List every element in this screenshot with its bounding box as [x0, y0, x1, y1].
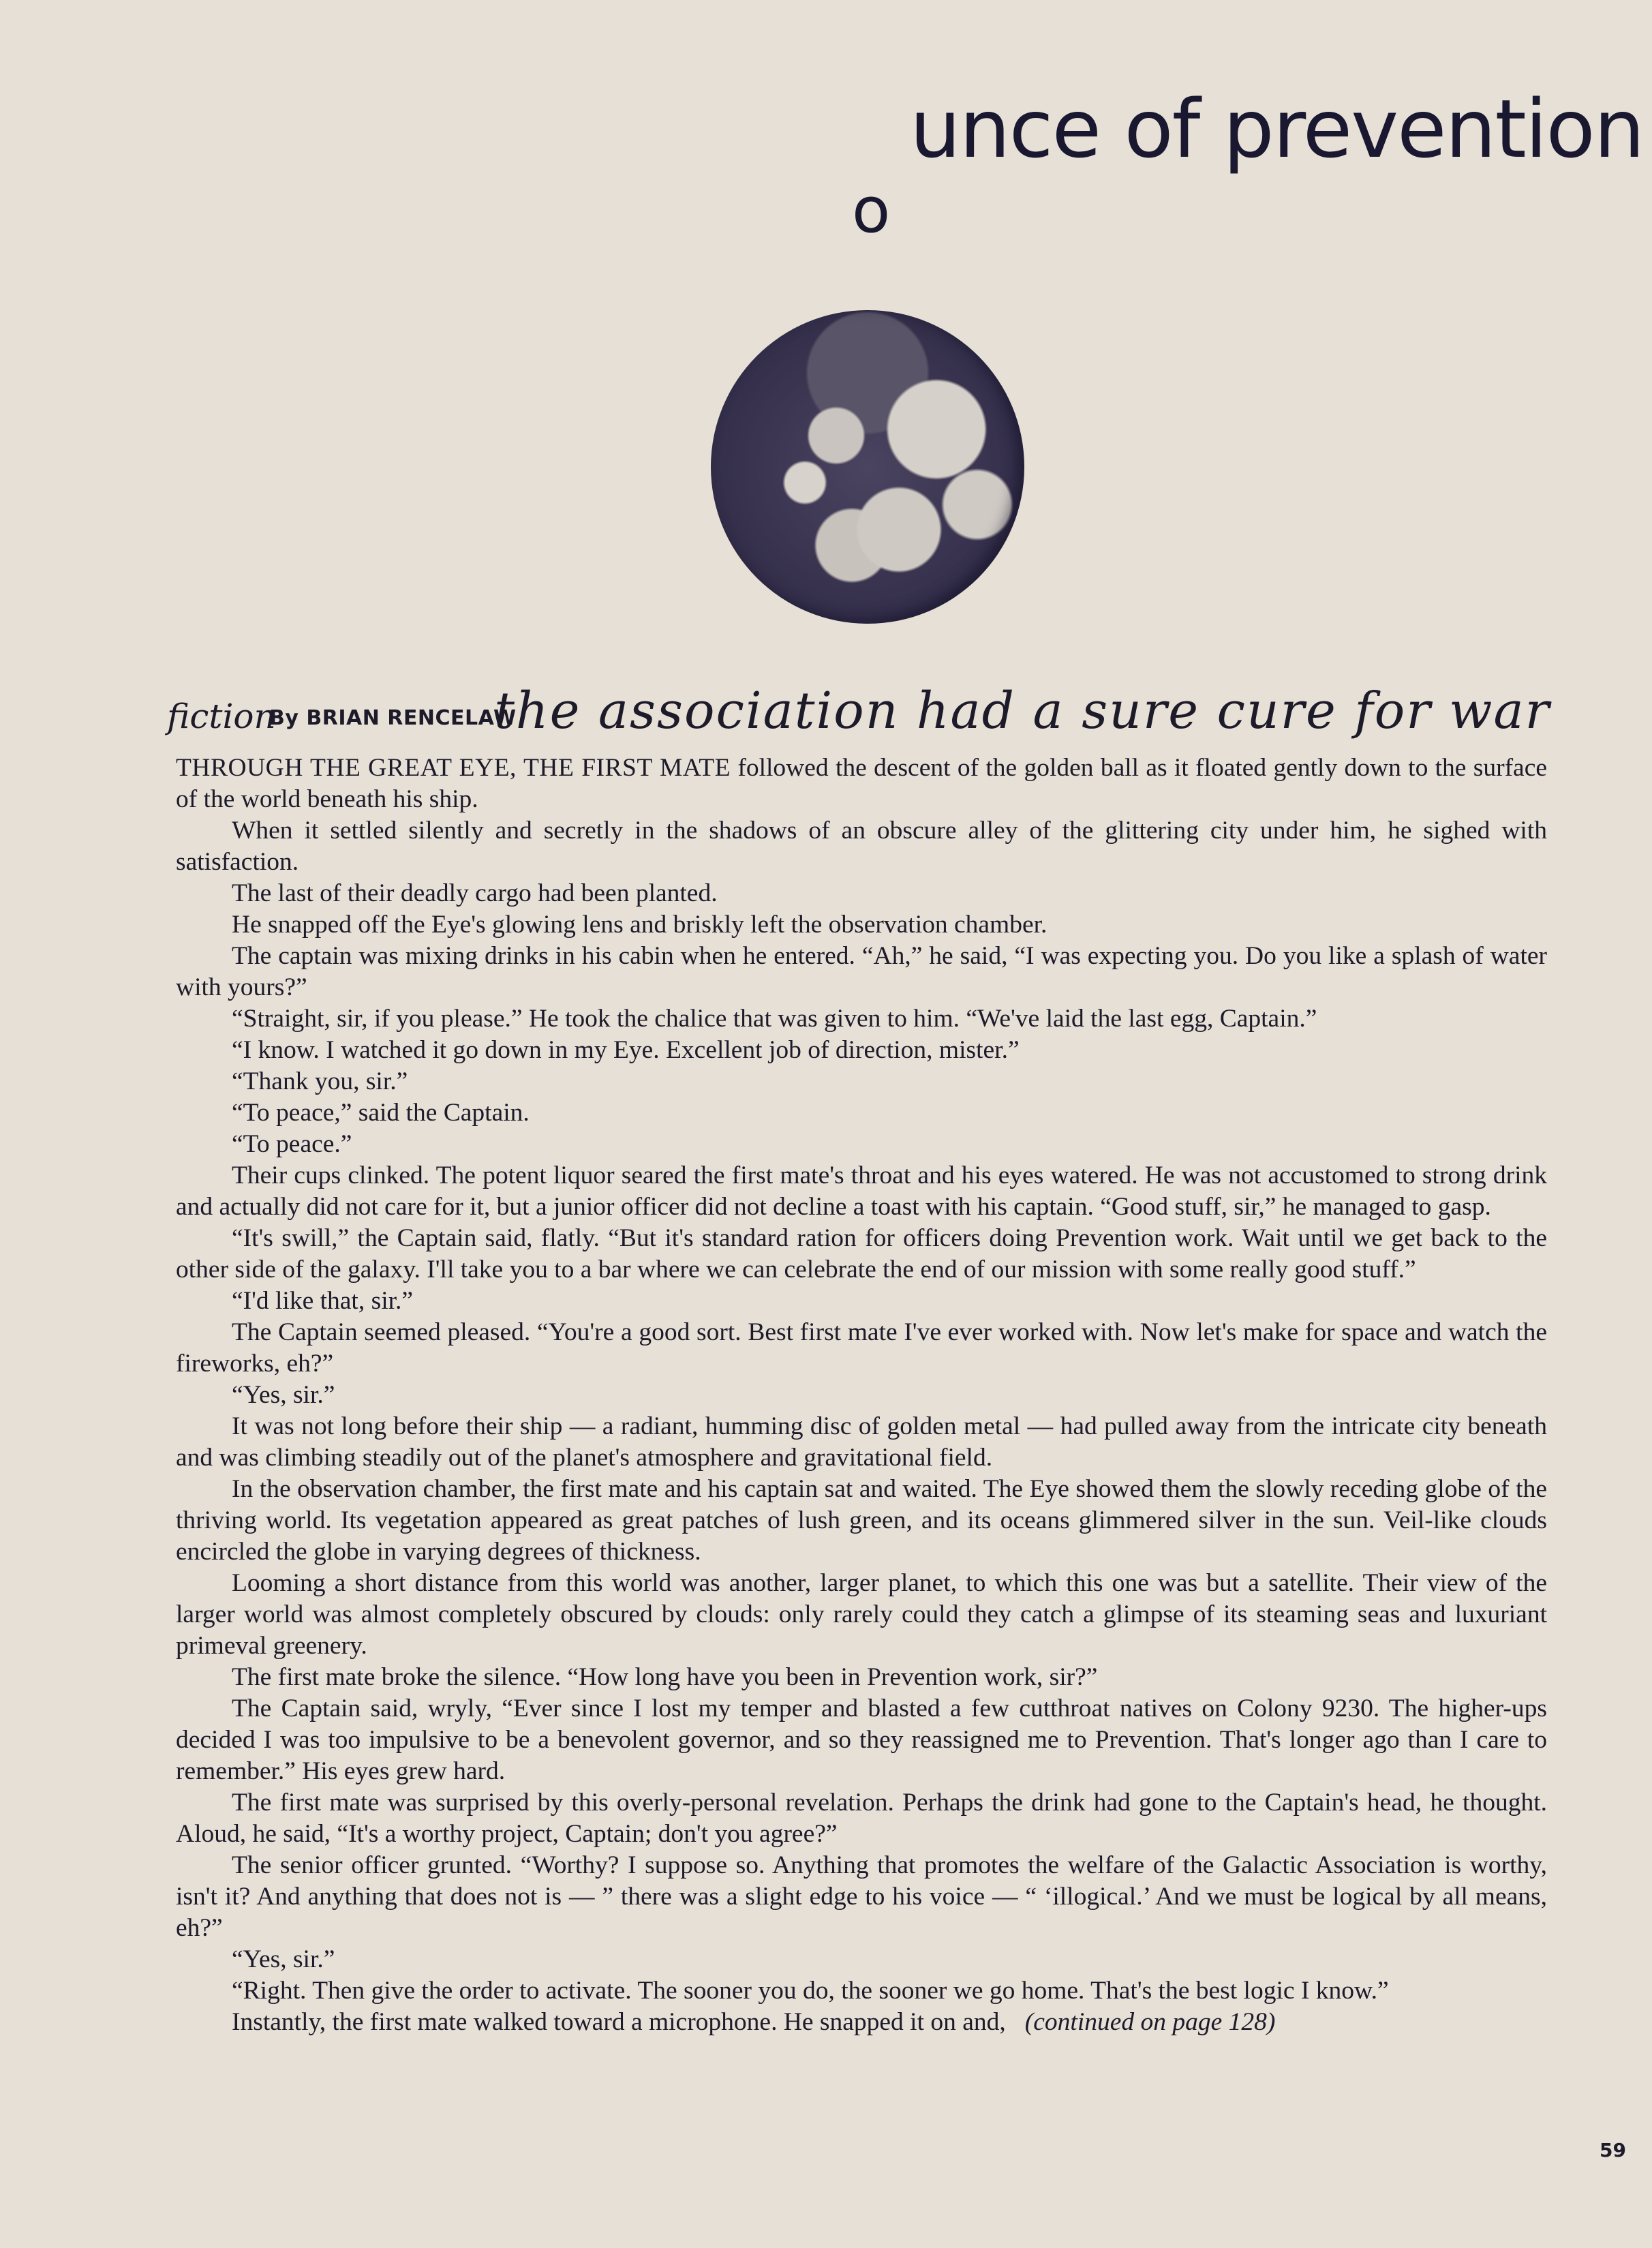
lead-in: THROUGH THE GREAT EYE, THE FIRST MATE — [176, 754, 731, 782]
paragraph: THROUGH THE GREAT EYE, THE FIRST MATE fo… — [176, 753, 1547, 815]
paragraph: “I'd like that, sir.” — [176, 1286, 1547, 1317]
paragraph: Instantly, the first mate walked toward … — [176, 2007, 1547, 2038]
page-number: 59 — [1600, 2139, 1626, 2161]
paragraph: In the observation chamber, the first ma… — [176, 1474, 1547, 1568]
paragraph: He snapped off the Eye's glowing lens an… — [176, 909, 1547, 941]
continued-notice: (continued on page 128) — [1025, 2008, 1276, 2036]
paragraph: The first mate was surprised by this ove… — [176, 1787, 1547, 1850]
tagline: the association had a sure cure for war — [494, 682, 1550, 740]
byline: fiction By BRIAN RENCELAW the associatio… — [167, 682, 1550, 743]
paragraph: “Yes, sir.” — [176, 1380, 1547, 1411]
author-name: By BRIAN RENCELAW — [269, 706, 517, 730]
paragraph: “Thank you, sir.” — [176, 1066, 1547, 1097]
paragraph: “Yes, sir.” — [176, 1944, 1547, 1975]
section-label: fiction — [167, 697, 276, 736]
paragraph: “It's swill,” the Captain said, flatly. … — [176, 1223, 1547, 1286]
paragraph: “To peace.” — [176, 1129, 1547, 1160]
paragraph: Looming a short distance from this world… — [176, 1568, 1547, 1662]
title-initial: o — [852, 174, 890, 247]
paragraph: The last of their deadly cargo had been … — [176, 878, 1547, 909]
moon-illustration — [711, 310, 1024, 624]
paragraph: “To peace,” said the Captain. — [176, 1097, 1547, 1129]
paragraph: The Captain said, wryly, “Ever since I l… — [176, 1693, 1547, 1787]
paragraph: The senior officer grunted. “Worthy? I s… — [176, 1850, 1547, 1944]
paragraph: It was not long before their ship — a ra… — [176, 1411, 1547, 1474]
paragraph: “Right. Then give the order to activate.… — [176, 1975, 1547, 2007]
paragraph: When it settled silently and secretly in… — [176, 815, 1547, 878]
story-body: THROUGH THE GREAT EYE, THE FIRST MATE fo… — [176, 753, 1547, 2038]
paragraph: The captain was mixing drinks in his cab… — [176, 941, 1547, 1003]
paragraph: “Straight, sir, if you please.” He took … — [176, 1003, 1547, 1035]
paragraph: The Captain seemed pleased. “You're a go… — [176, 1317, 1547, 1380]
paragraph: “I know. I watched it go down in my Eye.… — [176, 1035, 1547, 1066]
title-text: unce of prevention — [910, 82, 1643, 176]
paragraph: The first mate broke the silence. “How l… — [176, 1662, 1547, 1693]
paragraph: Their cups clinked. The potent liquor se… — [176, 1160, 1547, 1223]
